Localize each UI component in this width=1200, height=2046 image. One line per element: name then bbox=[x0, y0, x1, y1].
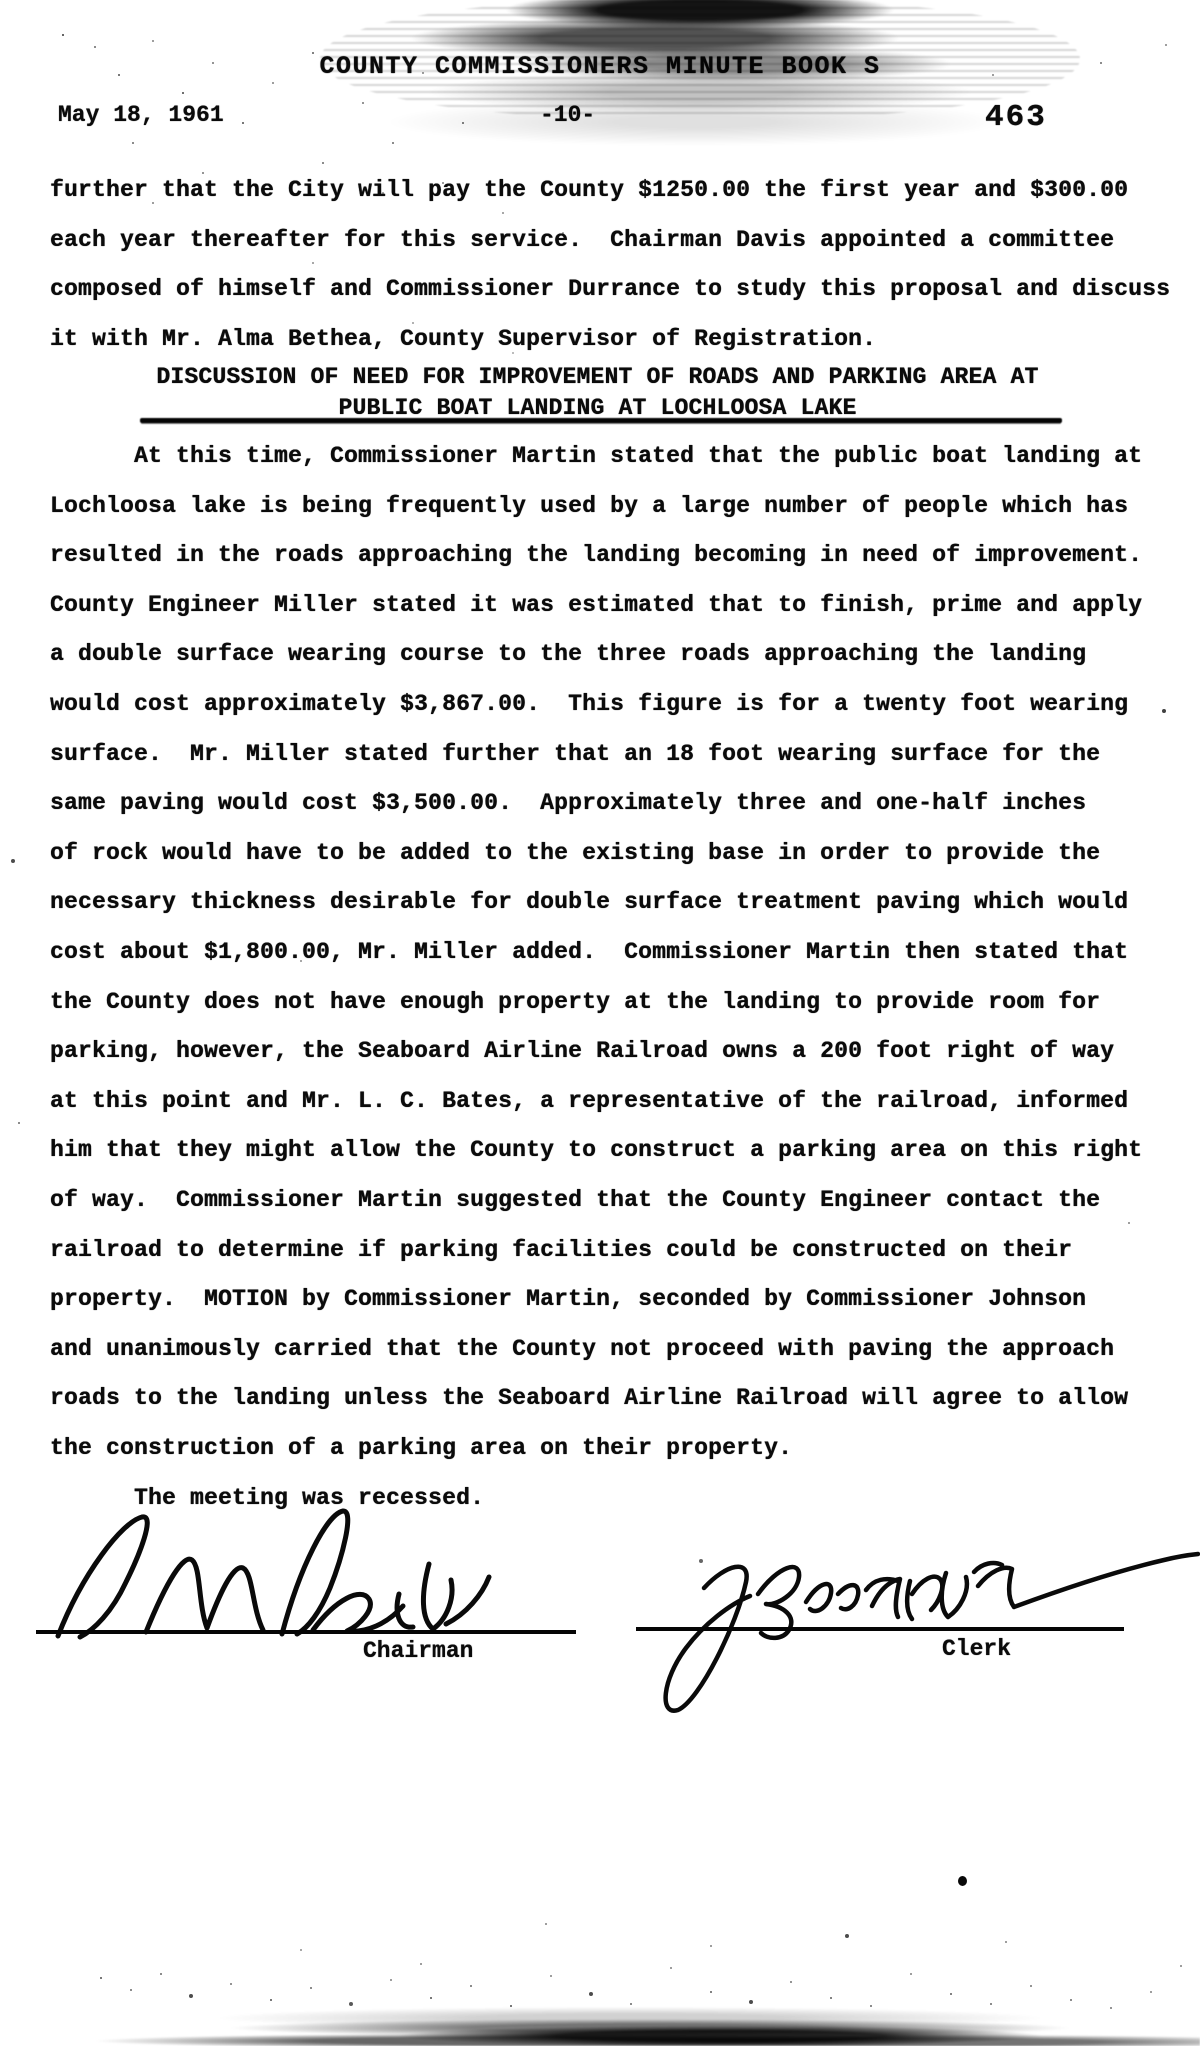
text-line: DISCUSSION OF NEED FOR IMPROVEMENT OF RO… bbox=[50, 362, 1145, 393]
text-line: same paving would cost $3,500.00. Approx… bbox=[50, 779, 1142, 829]
text-line: of rock would have to be added to the ex… bbox=[50, 829, 1142, 879]
date-label: May 18, 1961 bbox=[58, 102, 224, 128]
text-line: would cost approximately $3,867.00. This… bbox=[50, 680, 1142, 730]
page-title: COUNTY COMMISSIONERS MINUTE BOOK S bbox=[0, 52, 1200, 81]
page-number-stamp: 463 bbox=[985, 100, 1047, 135]
text-line: at this point and Mr. L. C. Bates, a rep… bbox=[50, 1077, 1142, 1127]
ink-dot bbox=[958, 1876, 967, 1886]
main-paragraph: At this time, Commissioner Martin stated… bbox=[50, 432, 1142, 1473]
chairman-signature-line bbox=[36, 1630, 576, 1634]
text-line: cost about $1,800.00, Mr. Miller added. … bbox=[50, 928, 1142, 978]
text-line: railroad to determine if parking facilit… bbox=[50, 1226, 1142, 1276]
page-number-center: -10- bbox=[540, 102, 595, 128]
text-line: necessary thickness desirable for double… bbox=[50, 878, 1142, 928]
paragraph-continuation: further that the City will pay the Count… bbox=[50, 166, 1170, 364]
text-line: At this time, Commissioner Martin stated… bbox=[50, 432, 1142, 482]
text-line: Lochloosa lake is being frequently used … bbox=[50, 482, 1142, 532]
scan-speckles-mid bbox=[0, 0, 2, 2]
text-line: it with Mr. Alma Bethea, County Supervis… bbox=[50, 315, 1170, 365]
text-line: the County does not have enough property… bbox=[50, 978, 1142, 1028]
text-line: him that they might allow the County to … bbox=[50, 1126, 1142, 1176]
clerk-label: Clerk bbox=[942, 1636, 1011, 1662]
text-line: each year thereafter for this service. C… bbox=[50, 216, 1170, 266]
text-line: property. MOTION by Commissioner Martin,… bbox=[50, 1275, 1142, 1325]
text-line: surface. Mr. Miller stated further that … bbox=[50, 730, 1142, 780]
text-line: County Engineer Miller stated it was est… bbox=[50, 581, 1142, 631]
scan-smudge-bottom bbox=[30, 1984, 1200, 2046]
scan-speckles-top bbox=[60, 30, 62, 32]
text-line: the construction of a parking area on th… bbox=[50, 1424, 1142, 1474]
scan-speckles-bottom bbox=[90, 1915, 92, 1917]
clerk-signature bbox=[608, 1528, 1200, 1723]
section-heading: DISCUSSION OF NEED FOR IMPROVEMENT OF RO… bbox=[50, 362, 1145, 424]
text-line: parking, however, the Seaboard Airline R… bbox=[50, 1027, 1142, 1077]
section-heading-underline bbox=[140, 418, 1062, 423]
text-line: a double surface wearing course to the t… bbox=[50, 630, 1142, 680]
text-line: resulted in the roads approaching the la… bbox=[50, 531, 1142, 581]
text-line: roads to the landing unless the Seaboard… bbox=[50, 1374, 1142, 1424]
scan-smudge-top bbox=[270, 0, 1150, 162]
text-line: and unanimously carried that the County … bbox=[50, 1325, 1142, 1375]
text-line: composed of himself and Commissioner Dur… bbox=[50, 265, 1170, 315]
chairman-label: Chairman bbox=[363, 1638, 473, 1664]
clerk-signature-line bbox=[636, 1627, 1124, 1631]
text-line: of way. Commissioner Martin suggested th… bbox=[50, 1176, 1142, 1226]
text-line: further that the City will pay the Count… bbox=[50, 166, 1170, 216]
